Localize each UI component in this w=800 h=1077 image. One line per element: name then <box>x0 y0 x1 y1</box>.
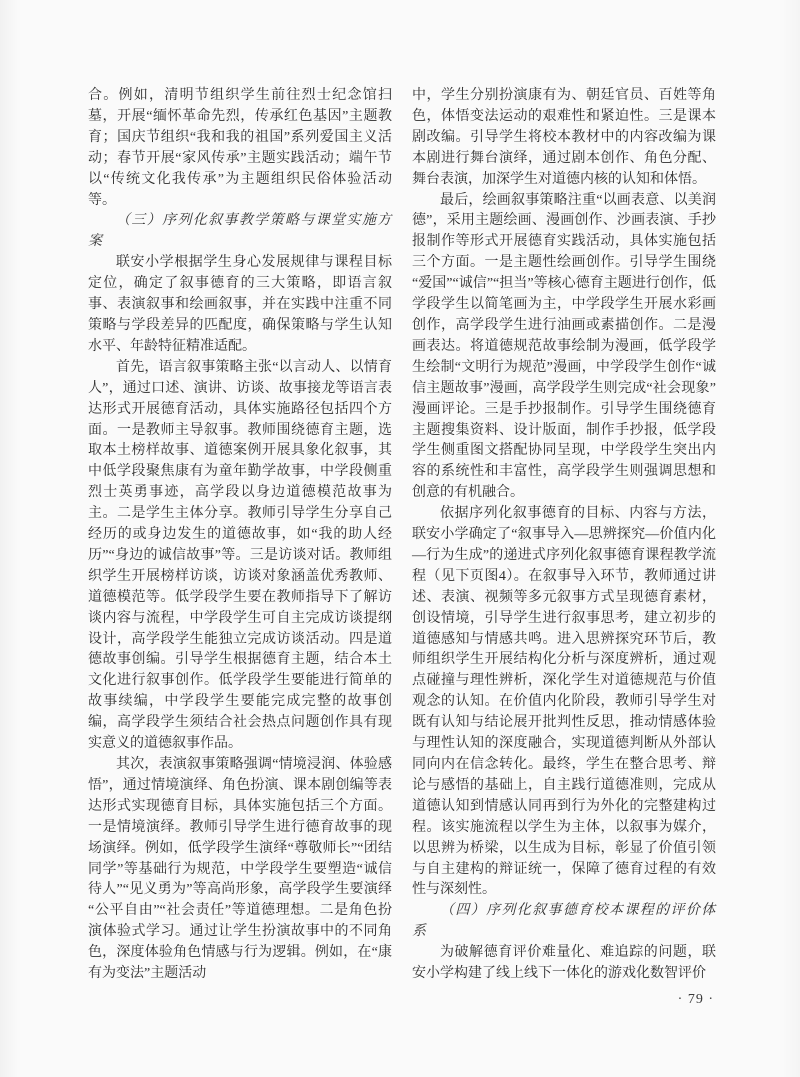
paragraph: 最后，绘画叙事策略注重“以画表意、以美润德”，采用主题绘画、漫画创作、沙画表演、… <box>412 191 716 505</box>
paragraph: 其次，表演叙事策略强调“情境浸润、体验感悟”，通过情境演绎、角色扮演、课本剧创编… <box>88 755 392 985</box>
left-column: 合。例如，清明节组织学生前往烈士纪念馆扫墓，开展“缅怀革命先烈，传承红色基因”主… <box>88 86 392 1011</box>
paragraph: 为破解德育评价难量化、难追踪的问题，联安小学构建了线上线下一体化的游戏化数智评价 <box>412 943 716 985</box>
paragraph: 依据序列化叙事德育的目标、内容与方法，联安小学确定了“叙事导入—思辨探究—价值内… <box>412 504 716 901</box>
right-column: 中，学生分别扮演康有为、朝廷官员、百姓等角色，体悟变法运动的艰难性和紧迫性。三是… <box>412 86 716 1011</box>
document-page: 合。例如，清明节组织学生前往烈士纪念馆扫墓，开展“缅怀革命先烈，传承红色基因”主… <box>0 0 800 1077</box>
paragraph: 联安小学根据学生身心发展规律与课程目标定位，确定了叙事德育的三大策略，即语言叙事… <box>88 253 392 358</box>
paragraph-continuation: 合。例如，清明节组织学生前往烈士纪念馆扫墓，开展“缅怀革命先烈，传承红色基因”主… <box>88 86 392 211</box>
section-heading-4: （四）序列化叙事德育校本课程的评价体系 <box>412 901 716 943</box>
section-heading-3: （三）序列化叙事教学策略与课堂实施方案 <box>88 211 392 253</box>
page-number: · 79 · <box>412 990 716 1011</box>
paragraph-continuation: 中，学生分别扮演康有为、朝廷官员、百姓等角色，体悟变法运动的艰难性和紧迫性。三是… <box>412 86 716 191</box>
paragraph: 首先，语言叙事策略主张“以言动人、以情育人”，通过口述、演讲、访谈、故事接龙等语… <box>88 358 392 755</box>
page-content: 合。例如，清明节组织学生前往烈士纪念馆扫墓，开展“缅怀革命先烈，传承红色基因”主… <box>88 86 716 1011</box>
